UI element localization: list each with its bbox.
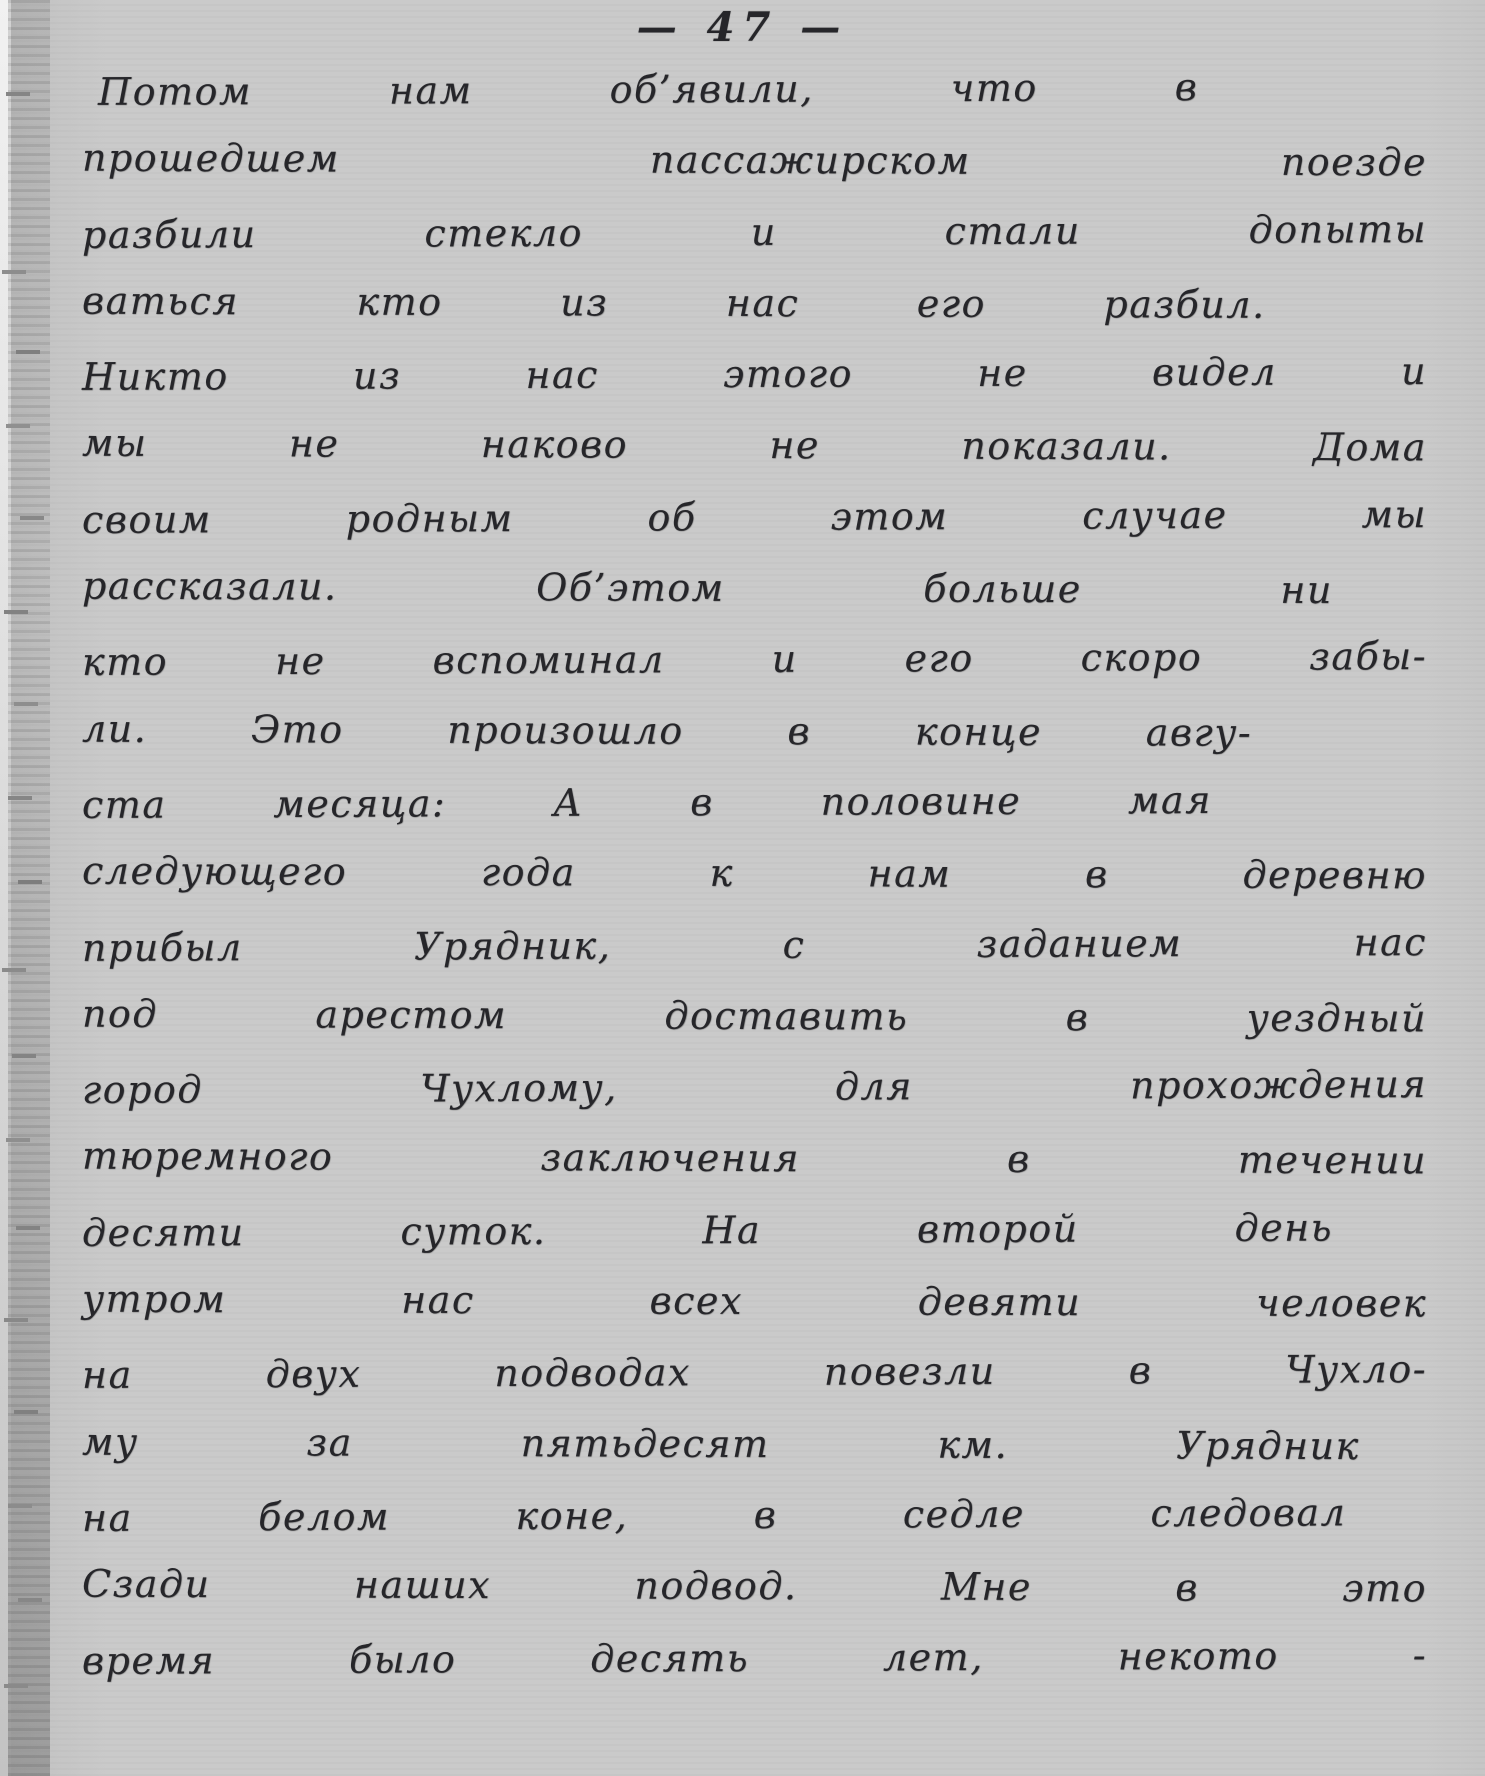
manuscript-line: под арестом доставить в уездный: [82, 979, 1427, 1055]
manuscript-line: Потом нам об’явили, что в: [82, 51, 1427, 128]
manuscript-line: разбили стекло и стали допыты: [82, 194, 1427, 271]
manuscript-line: Никто из нас этого не видел и: [82, 336, 1427, 413]
manuscript-line: своим родным об этом случае мы: [82, 479, 1427, 556]
manuscript-line: время было десять лет, некото -: [82, 1620, 1427, 1697]
manuscript-line: десяти суток. На второй день: [82, 1192, 1427, 1269]
manuscript-line: прибыл Урядник, с заданием нас: [82, 907, 1427, 984]
manuscript-line: утром нас всех девяти человек: [82, 1264, 1427, 1340]
manuscript-line: на белом коне, в седле следовал: [82, 1477, 1427, 1554]
manuscript-line: следующего года к нам в деревню: [82, 836, 1427, 912]
scanned-manuscript-page: — 47 — Потом нам об’явили, что впрошедше…: [0, 0, 1485, 1776]
manuscript-line: кто не вспоминал и его скоро забы-: [82, 621, 1427, 698]
manuscript-line: город Чухлому, для прохождения: [82, 1049, 1427, 1126]
manuscript-line: мы не наково не показали. Дома: [82, 408, 1427, 484]
manuscript-line: на двух подводах повезли в Чухло-: [82, 1334, 1427, 1411]
manuscript-line: ста месяца: А в половине мая: [82, 764, 1427, 841]
scan-artifacts: [6, 92, 30, 96]
manuscript-line: тюремного заключения в течении: [82, 1121, 1427, 1197]
manuscript-line: ли. Это произошло в конце авгу-: [82, 693, 1427, 769]
page-number: — 47 —: [0, 4, 1485, 51]
manuscript-line: Сзади наших подвод. Мне в это: [82, 1549, 1427, 1625]
manuscript-text-block: Потом нам об’явили, что впрошедшем пасса…: [82, 54, 1427, 1694]
manuscript-line: прошедшем пассажирском поезде: [82, 123, 1427, 199]
manuscript-line: ваться кто из нас его разбил.: [82, 266, 1427, 342]
scan-left-edge-shadow: [8, 0, 50, 1776]
manuscript-line: рассказали. Об’этом больше ни: [82, 551, 1427, 627]
manuscript-line: му за пятьдесят км. Урядник: [82, 1406, 1427, 1482]
